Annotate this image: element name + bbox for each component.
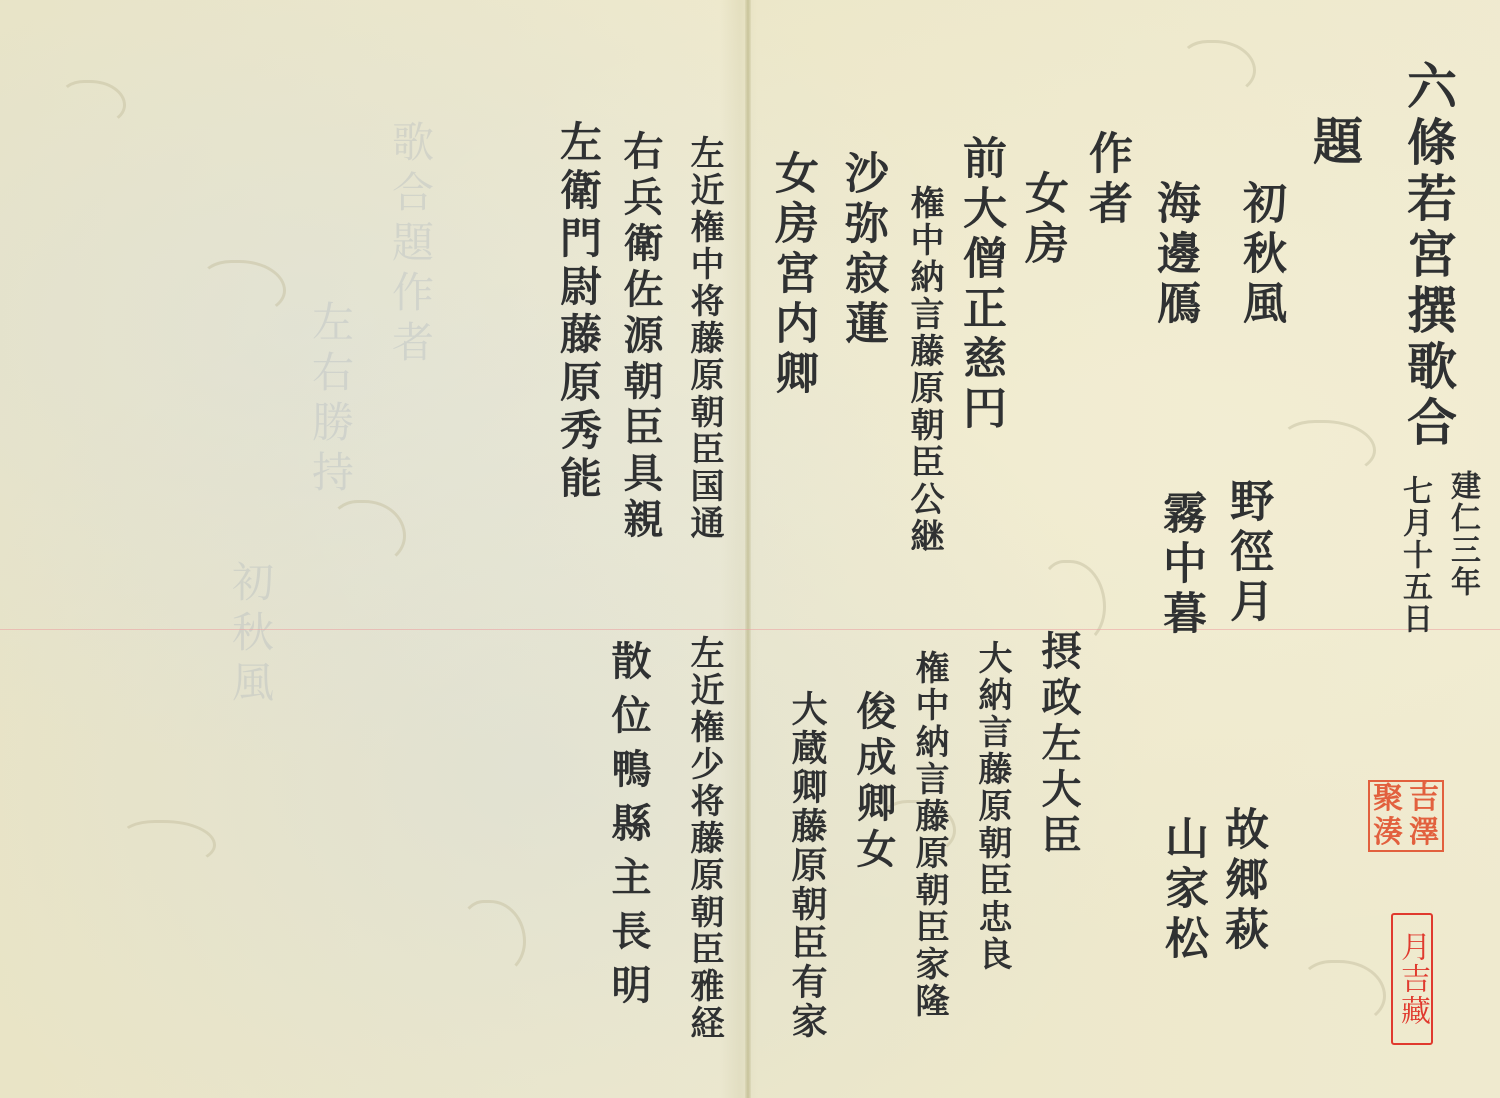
date-month-day: 七月十五日	[1392, 475, 1436, 635]
author-name: 沙弥寂蓮	[830, 150, 894, 350]
bleed-through-text: 左右勝持	[300, 300, 360, 500]
seal-char: 吉	[1409, 784, 1439, 814]
author-name: 大納言藤原朝臣忠良	[968, 640, 1017, 973]
paper-fiber	[460, 900, 526, 976]
author-name: 女房宮内卿	[760, 150, 824, 400]
collector-seal-square: 吉 聚 澤 湊	[1368, 780, 1444, 852]
paper-fiber	[120, 820, 216, 866]
paper-fiber	[1280, 420, 1376, 476]
author-name: 散位鴨縣主長明	[600, 640, 657, 1018]
topic-item: 海邊鴈	[1142, 180, 1206, 330]
seal-char: 湊	[1373, 818, 1403, 848]
bleed-through-text: 歌合題作者	[380, 120, 440, 370]
author-name: 権中納言藤原朝臣公継	[900, 185, 949, 555]
author-name: 左近権中将藤原朝臣国通	[680, 135, 729, 542]
collector-seal-rectangle: 月吉藏	[1391, 913, 1433, 1045]
topic-item: 野徑月	[1215, 478, 1279, 628]
bleed-through-text: 初秋風	[220, 560, 280, 710]
document-title: 六條若宮撰歌合	[1392, 60, 1464, 452]
author-name: 右兵衛佐源朝臣具親	[612, 130, 669, 544]
paper-fiber	[1300, 960, 1386, 1026]
author-name: 大蔵卿藤原朝臣有家	[782, 690, 833, 1041]
topic-item: 霧中暮	[1148, 490, 1212, 640]
paper-fiber	[330, 500, 406, 566]
author-name: 権中納言藤原朝臣家隆	[905, 650, 954, 1020]
ruled-guide-line	[0, 629, 1500, 630]
topics-heading: 題	[1298, 115, 1370, 171]
authors-heading: 作者	[1074, 130, 1138, 230]
paper-fiber	[1180, 40, 1256, 96]
author-name: 前大僧正慈円	[948, 135, 1012, 435]
paper-fiber	[60, 80, 126, 126]
paper-fiber	[200, 260, 286, 316]
author-name: 女房	[1010, 170, 1074, 270]
topic-item: 故郷萩	[1210, 806, 1274, 956]
topic-item: 初秋風	[1228, 180, 1292, 330]
author-name: 摂政左大臣	[1030, 630, 1087, 860]
book-gutter	[745, 0, 751, 1098]
manuscript-spread: 歌合題作者 左右勝持 初秋風 六條若宮撰歌合 建仁三年 七月十五日 題 初秋風 …	[0, 0, 1500, 1098]
seal-char: 聚	[1373, 784, 1403, 814]
seal-char: 澤	[1409, 818, 1439, 848]
topic-item: 山家松	[1150, 815, 1214, 965]
date-era-year: 建仁三年	[1440, 470, 1484, 598]
author-name: 俊成卿女	[845, 690, 902, 874]
author-name: 左衛門尉藤原秀能	[548, 120, 608, 504]
author-name: 左近権少将藤原朝臣雅経	[680, 635, 729, 1042]
